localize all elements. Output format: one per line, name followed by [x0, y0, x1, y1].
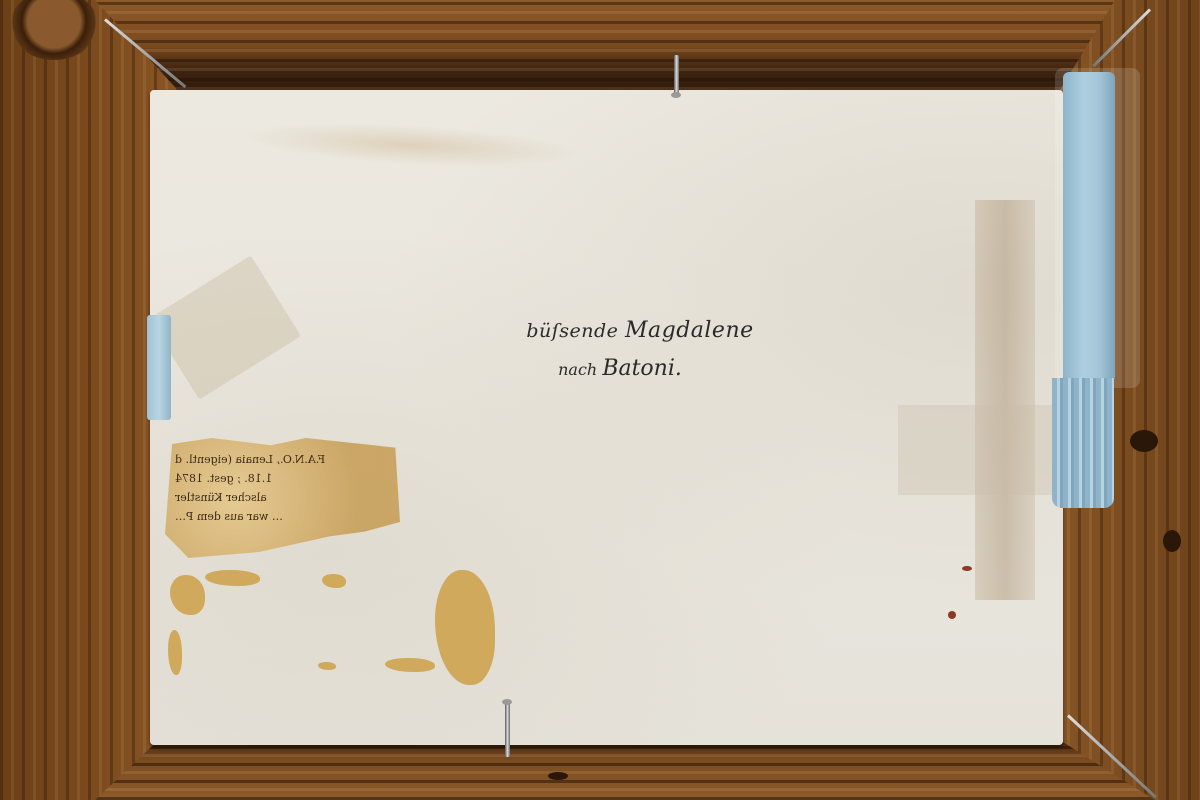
nail-bottom	[505, 702, 510, 757]
tape-right	[898, 405, 1068, 495]
wood-dark-spot	[1163, 530, 1181, 552]
glue-stain	[168, 630, 182, 675]
wood-dark-spot	[548, 772, 568, 780]
inscription-title: Magdalene	[625, 318, 754, 343]
wood-dark-spot	[1130, 430, 1158, 452]
scrap-text-line: F.A.N.O., Lenaia (eigentl. d	[175, 450, 390, 469]
nail-bottom-head	[502, 699, 512, 705]
red-spot	[948, 611, 956, 619]
scrap-text-line: 1.18. ; gest. 1874	[175, 469, 390, 488]
scrap-text-line: … war aus dem P…	[175, 507, 390, 526]
inscription-word: nach	[558, 360, 597, 379]
glue-stain	[318, 662, 336, 670]
nail-top-head	[671, 92, 681, 98]
tape-stain-right	[975, 200, 1035, 600]
glue-stain	[322, 574, 346, 588]
red-spot	[962, 566, 972, 571]
scrap-text-line: alscher Künstler	[175, 488, 390, 507]
frame-top-rail	[95, 0, 1115, 100]
inscription-word: büſsende	[526, 320, 618, 342]
nail-top	[674, 55, 679, 95]
frame-bottom-rail	[95, 740, 1155, 800]
inscription-artist: Batoni.	[602, 356, 682, 381]
inscription-line-2: nach Batoni.	[520, 356, 720, 381]
blue-ribbon-loops	[1052, 378, 1114, 508]
inscription-line-1: büſsende Magdalene	[505, 318, 775, 343]
blue-fabric-tab-left	[147, 315, 171, 420]
rolled-blue-ribbon	[1063, 72, 1115, 382]
